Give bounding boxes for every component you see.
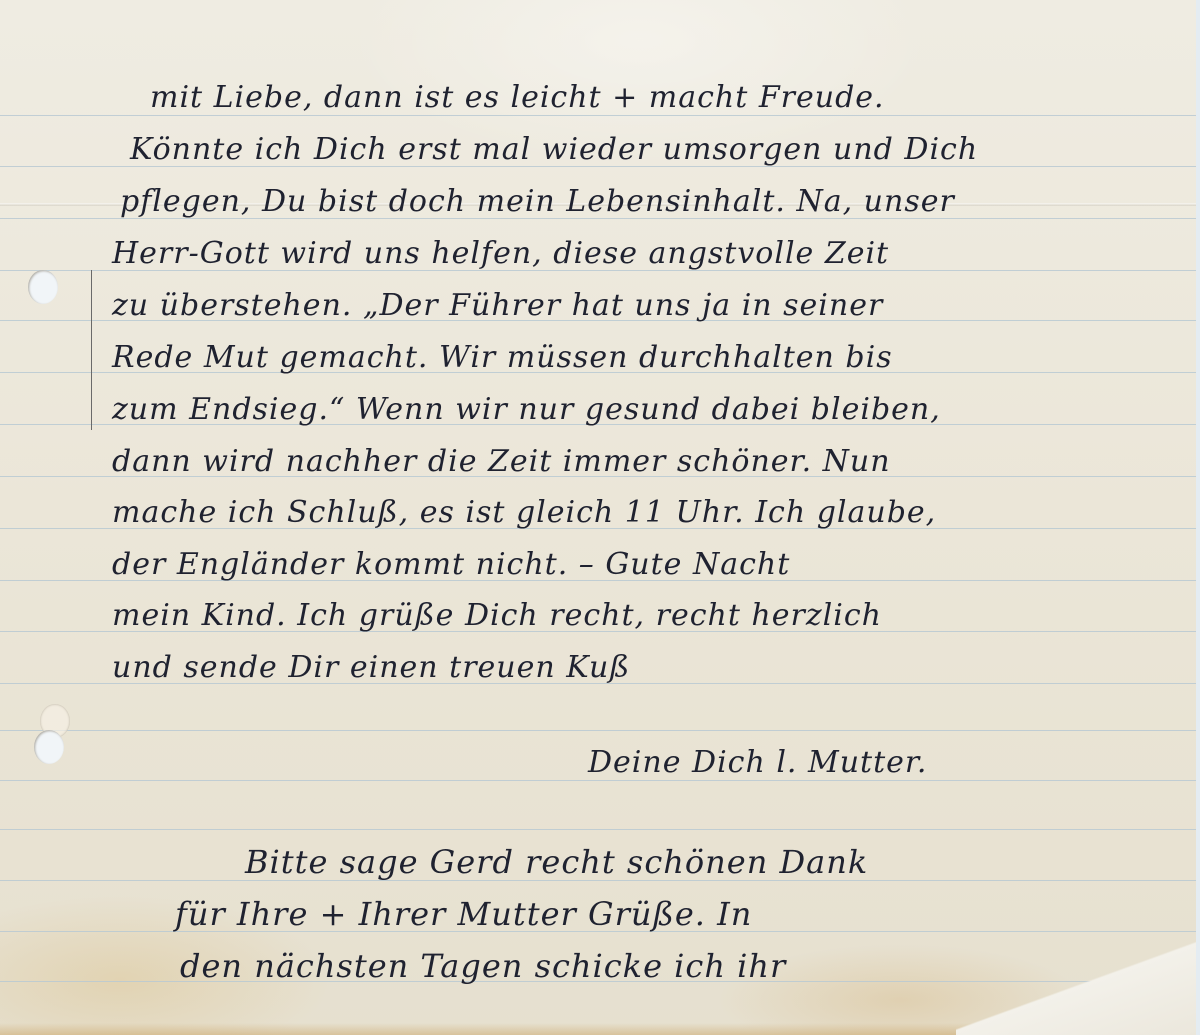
- postscript-line: den nächsten Tagen schicke ich ihr: [180, 947, 786, 985]
- punch-hole: [34, 730, 64, 764]
- ruled-line: [0, 115, 1196, 116]
- letter-line: und sende Dir einen treuen Kuß: [112, 650, 630, 685]
- letter-line: zu überstehen. „Der Führer hat uns ja in…: [112, 288, 883, 323]
- letter-line: der Engländer kommt nicht. – Gute Nacht: [112, 547, 790, 582]
- letter-line: Könnte ich Dich erst mal wieder umsorgen…: [130, 132, 978, 167]
- letter-line: mein Kind. Ich grüße Dich recht, recht h…: [112, 598, 882, 633]
- letter-line: zum Endsieg.“ Wenn wir nur gesund dabei …: [112, 392, 941, 427]
- postscript-line: Bitte sage Gerd recht schönen Dank: [245, 843, 868, 881]
- ruled-line: [0, 829, 1196, 830]
- ruled-line: [0, 780, 1196, 781]
- letter-page: mit Liebe, dann ist es leicht + macht Fr…: [0, 0, 1196, 1035]
- letter-line: mit Liebe, dann ist es leicht + macht Fr…: [150, 80, 885, 115]
- letter-line: Rede Mut gemacht. Wir müssen durchhalten…: [112, 340, 893, 375]
- letter-line: pflegen, Du bist doch mein Lebensinhalt.…: [120, 184, 955, 219]
- postscript-line: für Ihre + Ihrer Mutter Grüße. In: [175, 895, 752, 933]
- ruled-line: [0, 730, 1196, 731]
- letter-line: mache ich Schluß, es ist gleich 11 Uhr. …: [112, 495, 936, 530]
- scan-edge: [1196, 0, 1200, 1035]
- margin-mark: [91, 270, 92, 430]
- signature: Deine Dich l. Mutter.: [588, 745, 927, 780]
- folded-corner: [956, 935, 1196, 1035]
- letter-line: Herr-Gott wird uns helfen, diese angstvo…: [112, 236, 889, 271]
- letter-line: dann wird nachher die Zeit immer schöner…: [112, 444, 891, 479]
- punch-hole: [28, 270, 58, 304]
